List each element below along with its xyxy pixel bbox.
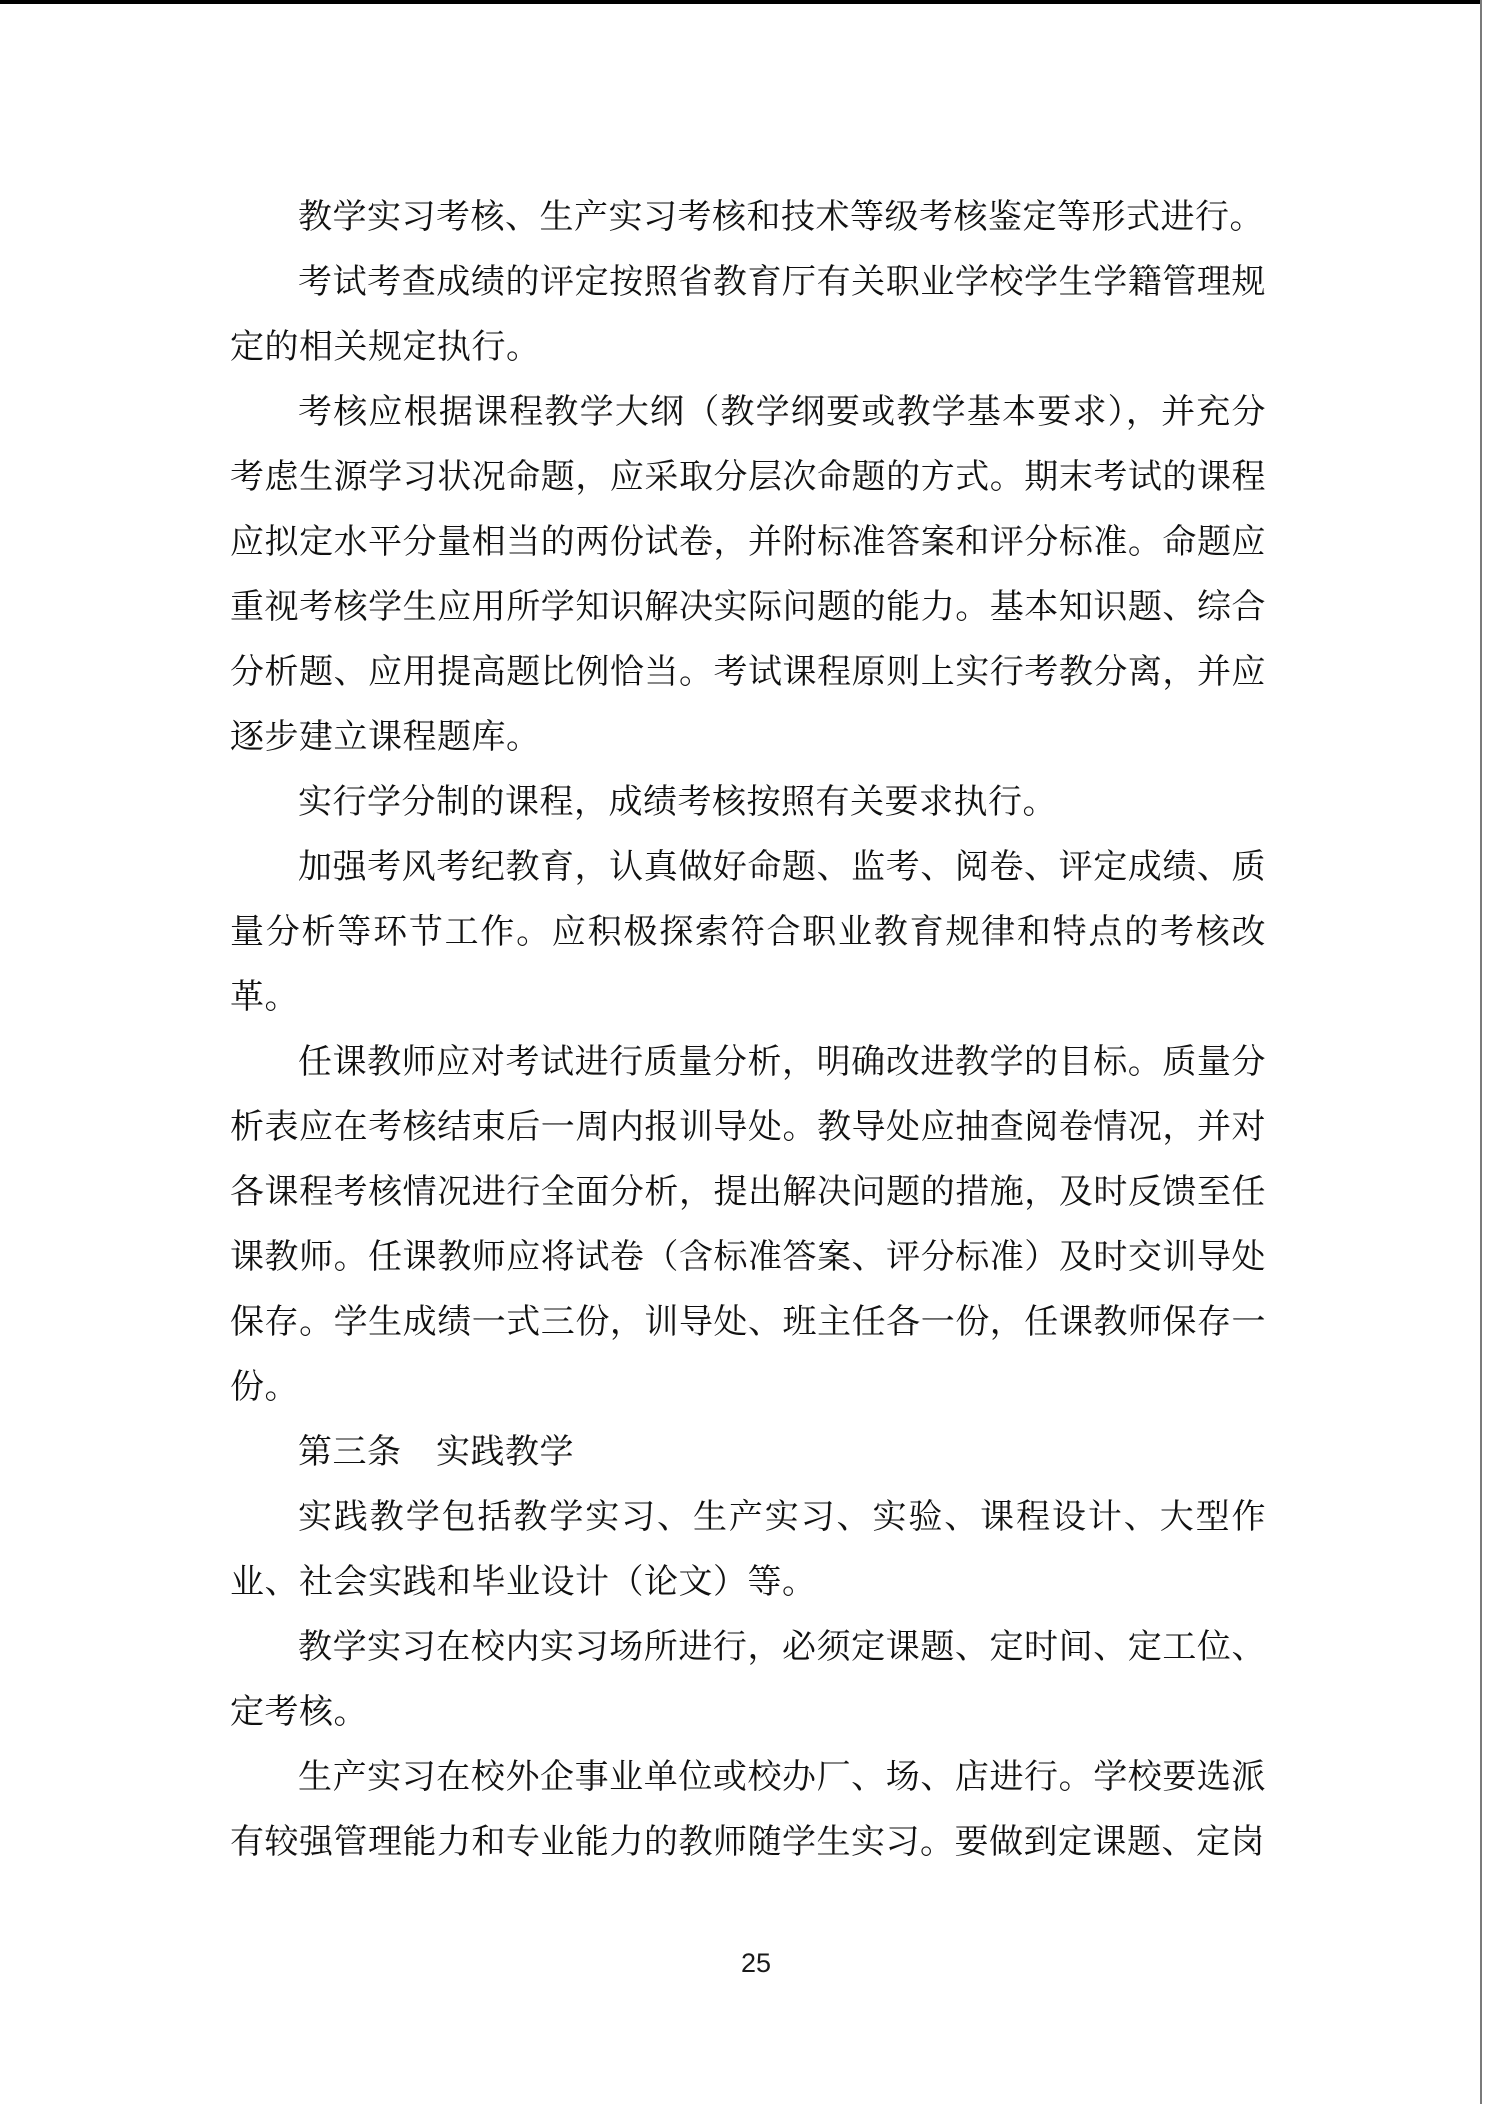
paragraph: 加强考风考纪教育，认真做好命题、监考、阅卷、评定成绩、质量分析等环节工作。应积极… [230, 835, 1266, 1030]
paragraph: 教学实习考核、生产实习考核和技术等级考核鉴定等形式进行。 [230, 185, 1266, 250]
document-page: 教学实习考核、生产实习考核和技术等级考核鉴定等形式进行。 考试考查成绩的评定按照… [0, 0, 1488, 2104]
paragraph: 实行学分制的课程，成绩考核按照有关要求执行。 [230, 770, 1266, 835]
paragraph: 考试考查成绩的评定按照省教育厅有关职业学校学生学籍管理规定的相关规定执行。 [230, 250, 1266, 380]
paragraph: 考核应根据课程教学大纲（教学纲要或教学基本要求），并充分考虑生源学习状况命题，应… [230, 380, 1266, 770]
paragraph: 实践教学包括教学实习、生产实习、实验、课程设计、大型作业、社会实践和毕业设计（论… [230, 1485, 1266, 1615]
page-footer: 25 [0, 1946, 1488, 1980]
page-right-border [1480, 0, 1482, 2104]
paragraph: 生产实习在校外企事业单位或校办厂、场、店进行。学校要选派有较强管理能力和专业能力… [230, 1745, 1266, 1875]
paragraph: 教学实习在校内实习场所进行，必须定课题、定时间、定工位、定考核。 [230, 1615, 1266, 1745]
section-heading: 第三条 实践教学 [230, 1420, 1266, 1485]
document-body: 教学实习考核、生产实习考核和技术等级考核鉴定等形式进行。 考试考查成绩的评定按照… [230, 185, 1266, 1875]
paragraph: 任课教师应对考试进行质量分析，明确改进教学的目标。质量分析表应在考核结束后一周内… [230, 1030, 1266, 1420]
page-top-border [0, 0, 1480, 4]
page-number: 25 [741, 1946, 771, 1980]
